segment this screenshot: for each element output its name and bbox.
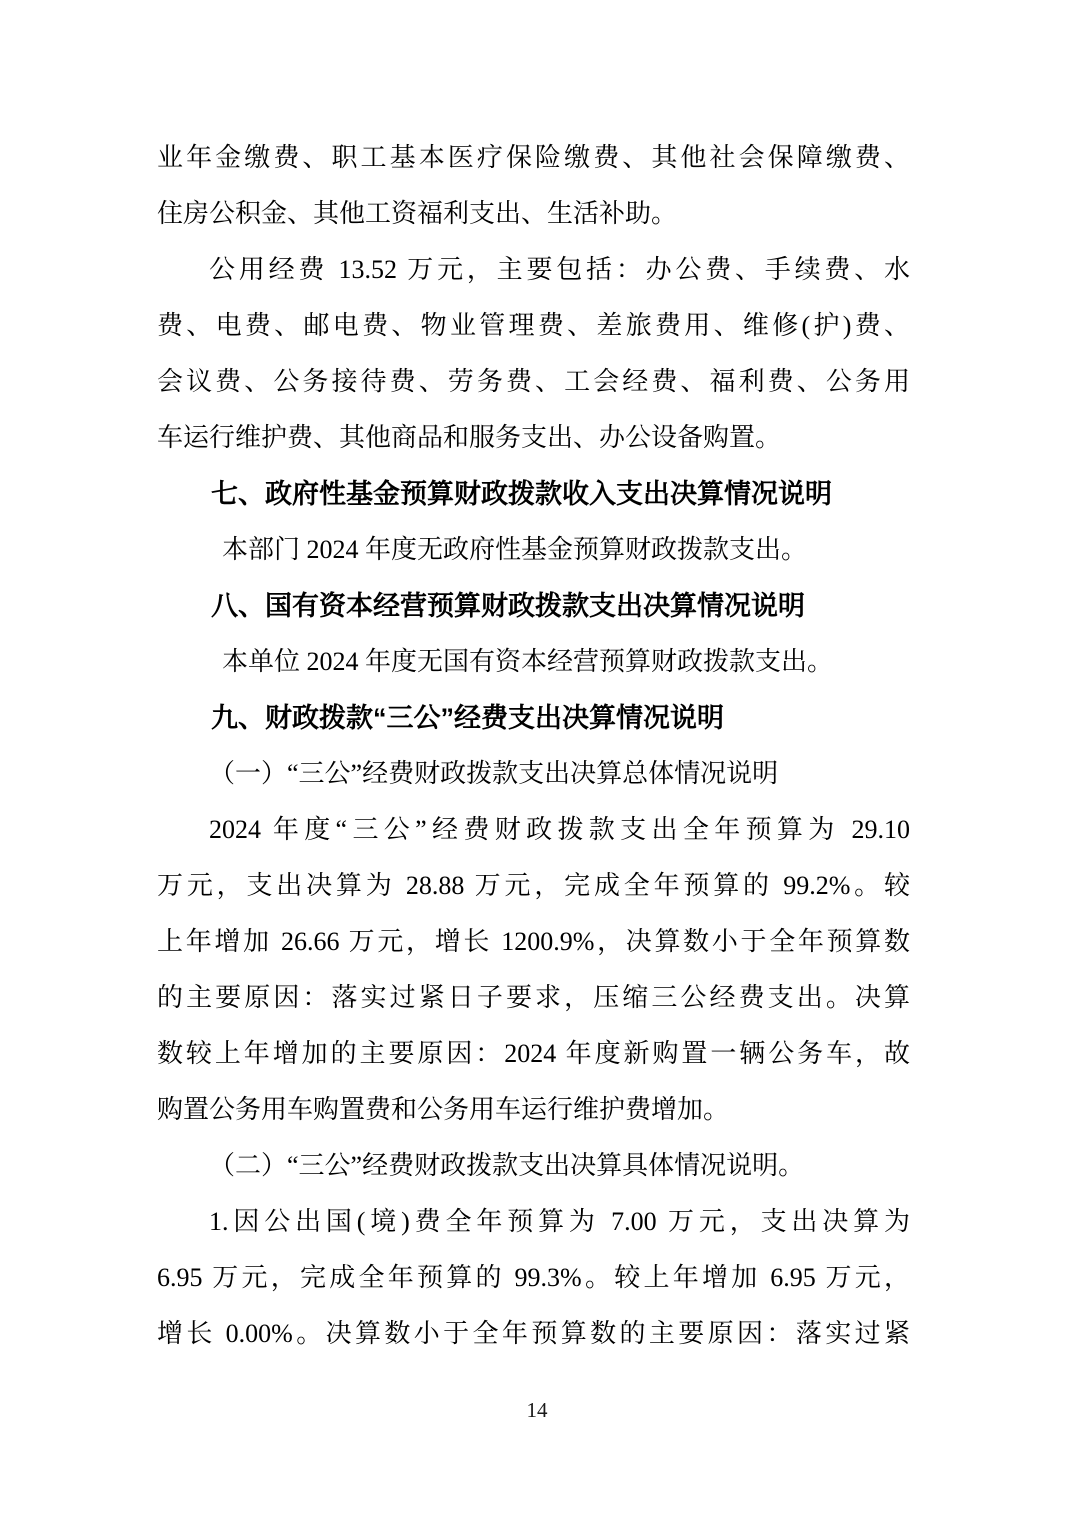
section-heading-line: 七、政府性基金预算财政拨款收入支出决算情况说明 bbox=[157, 466, 910, 522]
paragraph-line: （一）“三公”经费财政拨款支出决算总体情况说明 bbox=[157, 746, 910, 802]
paragraph-line: 本单位 2024 年度无国有资本经营预算财政拨款支出。 bbox=[157, 634, 910, 690]
page-footer: 14 bbox=[0, 1398, 1074, 1423]
paragraph-line: 的主要原因：落实过紧日子要求，压缩三公经费支出。决算 bbox=[157, 970, 910, 1026]
paragraph-line: （二）“三公”经费财政拨款支出决算具体情况说明。 bbox=[157, 1138, 910, 1194]
paragraph-line: 会议费、公务接待费、劳务费、工会经费、福利费、公务用 bbox=[157, 354, 910, 410]
paragraph-line: 住房公积金、其他工资福利支出、生活补助。 bbox=[157, 186, 910, 242]
paragraph-line: 2024 年度“三公”经费财政拨款支出全年预算为 29.10 bbox=[157, 802, 910, 858]
section-heading-line: 九、财政拨款“三公”经费支出决算情况说明 bbox=[157, 690, 910, 746]
paragraph-line: 购置公务用车购置费和公务用车运行维护费增加。 bbox=[157, 1082, 910, 1138]
page-number: 14 bbox=[527, 1398, 548, 1422]
paragraph-line: 车运行维护费、其他商品和服务支出、办公设备购置。 bbox=[157, 410, 910, 466]
paragraph-line: 6.95 万元，完成全年预算的 99.3%。较上年增加 6.95 万元， bbox=[157, 1250, 910, 1306]
paragraph-line: 上年增加 26.66 万元，增长 1200.9%，决算数小于全年预算数 bbox=[157, 914, 910, 970]
section-heading-line: 八、国有资本经营预算财政拨款支出决算情况说明 bbox=[157, 578, 910, 634]
document-page: 业年金缴费、职工基本医疗保险缴费、其他社会保障缴费、住房公积金、其他工资福利支出… bbox=[0, 0, 1074, 1520]
paragraph-line: 公用经费 13.52 万元，主要包括：办公费、手续费、水 bbox=[157, 242, 910, 298]
paragraph-line: 增长 0.00%。决算数小于全年预算数的主要原因：落实过紧 bbox=[157, 1306, 910, 1362]
paragraph-line: 费、电费、邮电费、物业管理费、差旅费用、维修(护)费、 bbox=[157, 298, 910, 354]
paragraph-line: 本部门 2024 年度无政府性基金预算财政拨款支出。 bbox=[157, 522, 910, 578]
paragraph-line: 数较上年增加的主要原因：2024 年度新购置一辆公务车，故 bbox=[157, 1026, 910, 1082]
paragraph-line: 万元，支出决算为 28.88 万元，完成全年预算的 99.2%。较 bbox=[157, 858, 910, 914]
paragraph-line: 1.因公出国(境)费全年预算为 7.00 万元，支出决算为 bbox=[157, 1194, 910, 1250]
document-body: 业年金缴费、职工基本医疗保险缴费、其他社会保障缴费、住房公积金、其他工资福利支出… bbox=[157, 130, 910, 1362]
paragraph-line: 业年金缴费、职工基本医疗保险缴费、其他社会保障缴费、 bbox=[157, 130, 910, 186]
